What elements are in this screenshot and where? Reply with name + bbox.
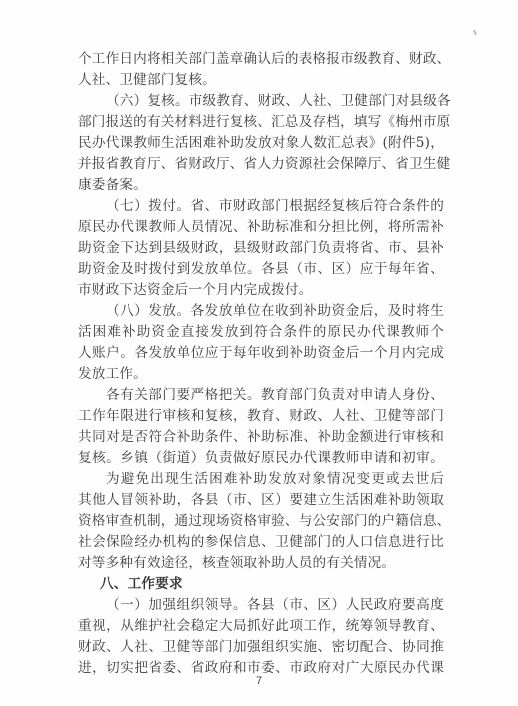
section-eight-distribution: （八）发放。各发放单位在收到补助资金后，及时将生 bbox=[78, 301, 444, 322]
text-line: 共同对是否符合补助条件、补助标准、补助金额进行审核和 bbox=[78, 427, 444, 448]
text-line: 活困难补助资金直接发放到符合条件的原民办代课教师个 bbox=[78, 322, 444, 343]
document-page: 个工作日内将相关部门盖章确认后的表格报市级教育、财政、 人社、卫健部门复核。 （… bbox=[0, 0, 518, 706]
text-line: 人社、卫健部门复核。 bbox=[78, 70, 444, 91]
text-line: 发放工作。 bbox=[78, 364, 444, 385]
text-line: 个工作日内将相关部门盖章确认后的表格报市级教育、财政、 bbox=[78, 49, 444, 70]
text-line: 康委备案。 bbox=[78, 175, 444, 196]
text-line: 民办代课教师生活困难补助发放对象人数汇总表》(附件5)， bbox=[78, 133, 444, 154]
text-line: 助资金下达到县级财政，县级财政部门负责将省、市、县补 bbox=[78, 238, 444, 259]
text-line: 并报省教育厅、省财政厅、省人力资源社会保障厅、省卫生健 bbox=[78, 154, 444, 175]
text-line: 其他人冒领补助，各县（市、区）要建立生活困难补助领取 bbox=[78, 490, 444, 511]
text-line: 资格审查机制，通过现场资格审验、与公安部门的户籍信息、 bbox=[78, 511, 444, 532]
text-line: 财政、人社、卫健等部门加强组织实施、密切配合、协同推 bbox=[78, 637, 444, 658]
text-line: 助资金及时拨付到发放单位。各县（市、区）应于每年省、 bbox=[78, 259, 444, 280]
section-six-review: （六）复核。市级教育、财政、人社、卫健部门对县级各 bbox=[78, 91, 444, 112]
text-line: 工作年限进行审核和复核，教育、财政、人社、卫健等部门 bbox=[78, 406, 444, 427]
section-heading-work-requirements: 八、工作要求 bbox=[78, 574, 444, 595]
paragraph-fraud-prevention: 为避免出现生活困难补助发放对象情况变更或去世后 bbox=[78, 469, 444, 490]
text-line: 原民办代课教师人员情况、补助标准和分担比例，将所需补 bbox=[78, 217, 444, 238]
text-line: 对等多种有效途径，核查领取补助人员的有关情况。 bbox=[78, 553, 444, 574]
text-line: 社会保险经办机构的参保信息、卫健部门的人口信息进行比 bbox=[78, 532, 444, 553]
paragraph-strict-review: 各有关部门要严格把关。教育部门负责对申请人身份、 bbox=[78, 385, 444, 406]
text-line: 复核。乡镇（街道）负责做好原民办代课教师申请和初审。 bbox=[78, 448, 444, 469]
section-seven-allocation: （七）拨付。省、市财政部门根据经复核后符合条件的 bbox=[78, 196, 444, 217]
subsection-one-leadership: （一）加强组织领导。各县（市、区）人民政府要高度 bbox=[78, 595, 444, 616]
text-line: 部门报送的有关材料进行复核、汇总及存档，填写《梅州市原 bbox=[78, 112, 444, 133]
text-line: 人账户。各发放单位应于每年收到补助资金后一个月内完成 bbox=[78, 343, 444, 364]
document-body: 个工作日内将相关部门盖章确认后的表格报市级教育、财政、 人社、卫健部门复核。 （… bbox=[78, 49, 444, 679]
scan-artifact-mark bbox=[473, 30, 477, 35]
page-number: 7 bbox=[0, 675, 518, 687]
text-line: 重视，从维护社会稳定大局抓好此项工作，统筹领导教育、 bbox=[78, 616, 444, 637]
text-line: 市财政下达资金后一个月内完成拨付。 bbox=[78, 280, 444, 301]
